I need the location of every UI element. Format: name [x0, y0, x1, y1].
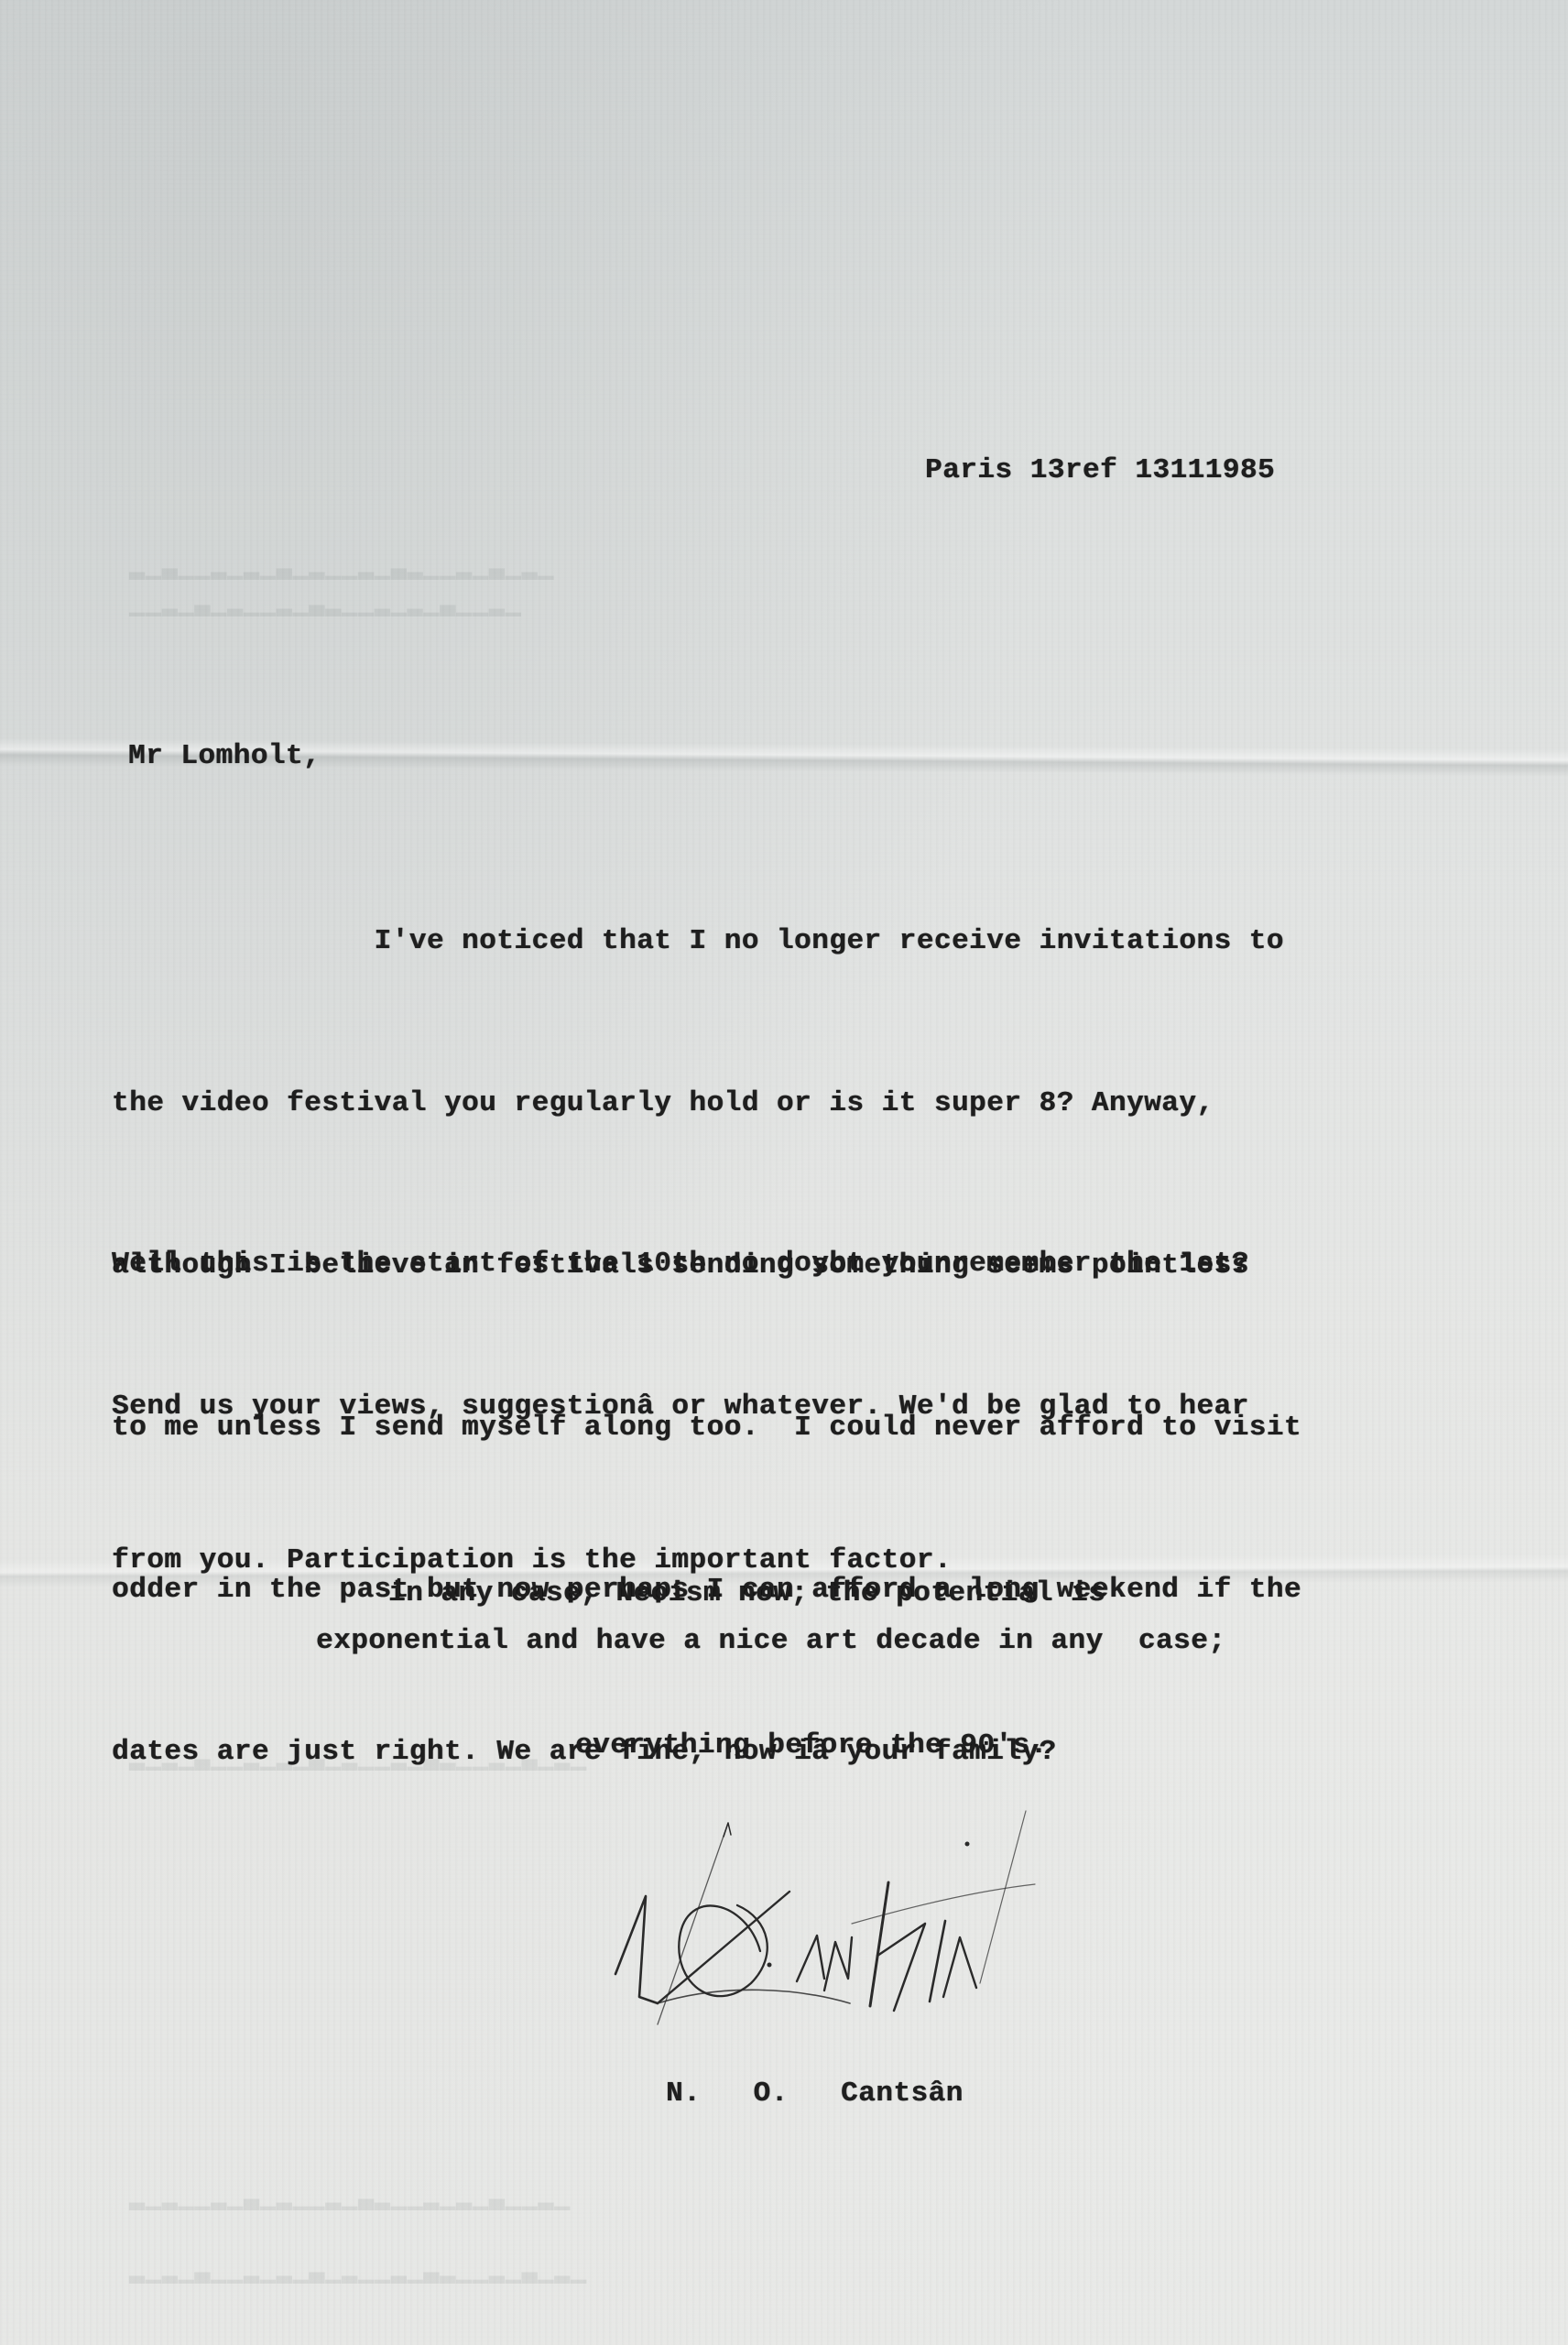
salutation: Mr Lomholt, [128, 740, 321, 772]
handwritten-signature: N.O. Cantsin [577, 1800, 1145, 2038]
show-through-text: ▁▂▁▃▁▂▁▁▂▃▁▂▁▁▂▁▃▁▂▁▂▁▁▃▁▂▁▂ [128, 2253, 586, 2285]
show-through-text: ▁▂▁▃▁▂▁▁▂▃▁▂▁▁▂▁▃▁▂▁▂▁▁▃▁▂ [128, 550, 553, 582]
paragraph-line: Send us your views, suggestionâ or whate… [112, 1381, 1249, 1433]
typed-signatory-name: N. O. Cantsân [666, 2078, 964, 2110]
paragraph-line: Well this is the start of the 10th no do… [112, 1248, 1249, 1280]
show-through-text: ▁▂▁▁▃▁▂▁▂▁▁▂▃▁▂▁▁▂▁▃▁▂▁▁ [128, 586, 521, 618]
closing-line-2: exponential and have a nice art decade i… [316, 1625, 1225, 1657]
show-through-text: ▁▂▁▁▃▁▂▁▂▁▁▂▃▁▂▁▁▂▁▃▁▂▁▁▂▁▂ [128, 2180, 570, 2212]
letter-page: ▁▂▁▃▁▂▁▁▂▃▁▂▁▁▂▁▃▁▂▁▂▁▁▃▁▂ ▁▂▁▁▃▁▂▁▂▁▁▂▃… [0, 0, 1568, 2345]
closing-line-1: in any case, Neoism now; the potential i… [388, 1577, 1105, 1609]
place-and-date: Paris 13ref 13111985 [925, 454, 1275, 486]
closing-line-3: everything before the 90's. [575, 1729, 1048, 1761]
paragraph-line: the video festival you regularly hold or… [112, 1076, 1301, 1130]
paragraph-line: I've noticed that I no longer receive in… [112, 914, 1301, 968]
